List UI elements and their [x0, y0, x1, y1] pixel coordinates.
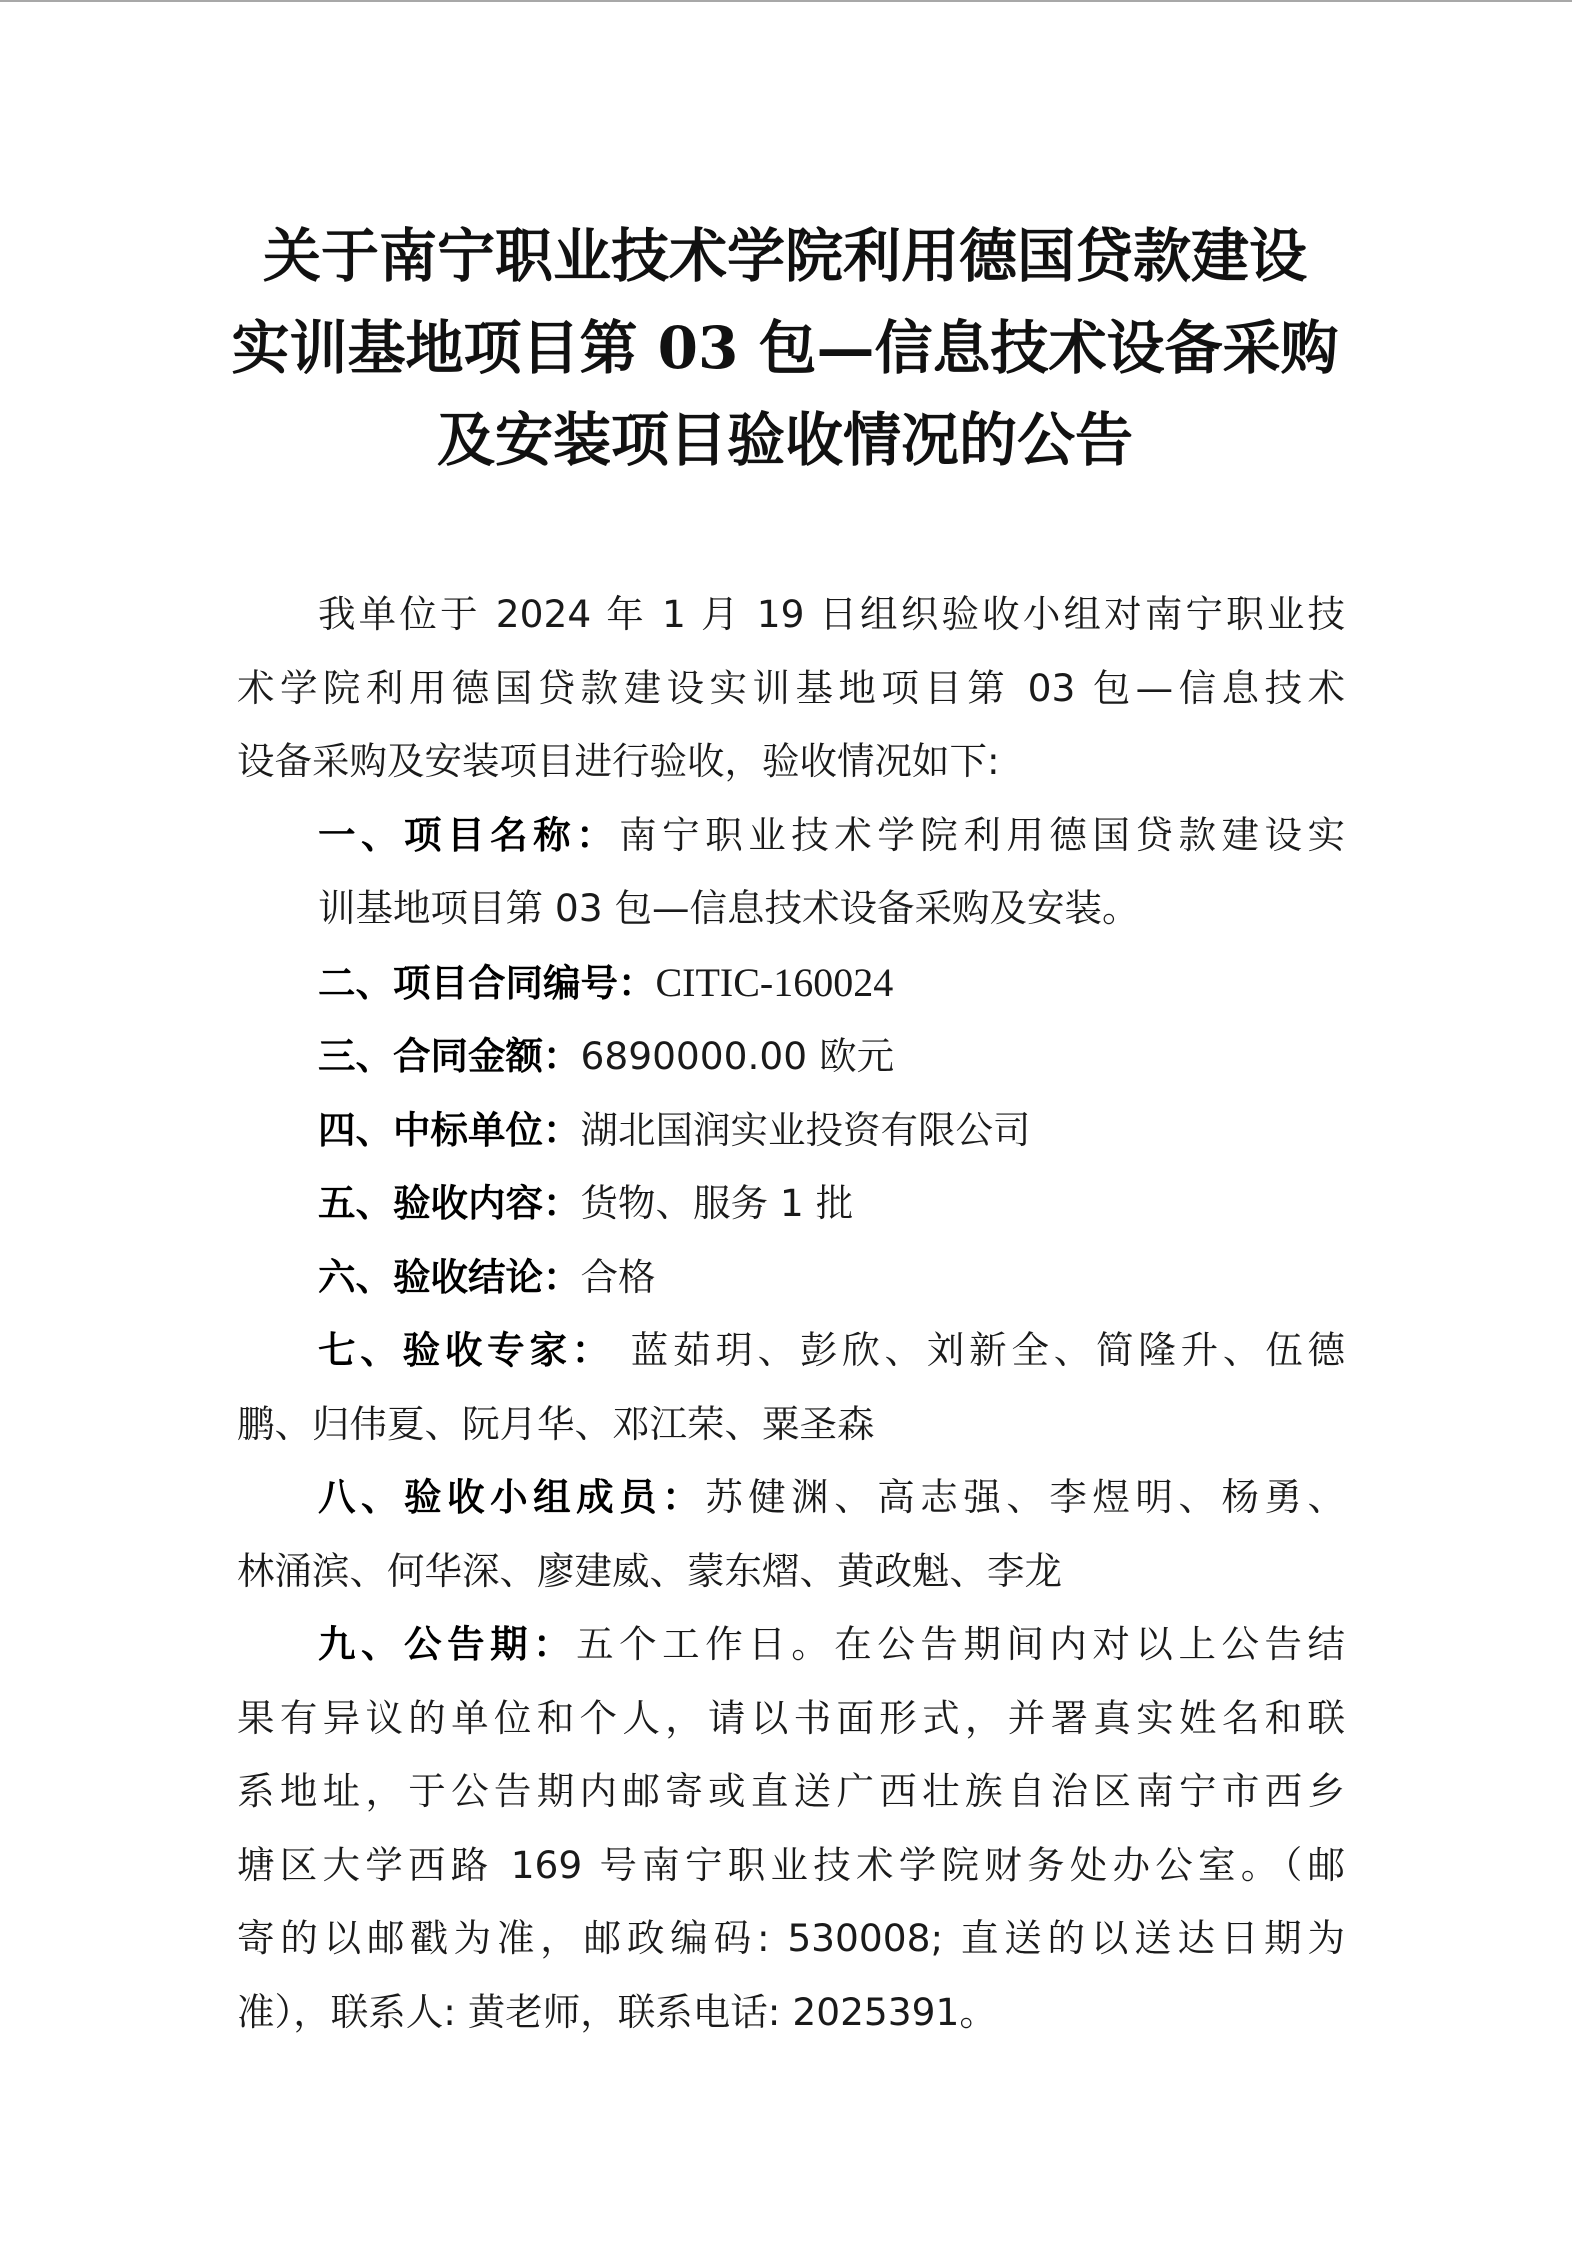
item-line: 七、验收专家： 蓝茹玥、彭欣、刘新全、简隆升、伍德 — [237, 1314, 1345, 1388]
item-label: 五、验收内容： — [318, 1181, 581, 1225]
item-project-name: 一、项目名称：南宁职业技术学院利用德国贷款建设实 训基地项目第 03 包—信息技… — [237, 799, 1345, 946]
item-line: 四、中标单位：湖北国润实业投资有限公司 — [237, 1094, 1345, 1168]
item-label: 七、验收专家： — [318, 1328, 614, 1372]
item-line: 五、验收内容：货物、服务 1 批 — [237, 1167, 1345, 1241]
item-value: 货物、服务 1 批 — [581, 1181, 854, 1225]
item-acceptance-group-members: 八、验收小组成员：苏健渊、高志强、李煜明、杨勇、 林涌滨、何华深、廖建威、蒙东熠… — [237, 1461, 1345, 1608]
item-acceptance-content: 五、验收内容：货物、服务 1 批 — [237, 1167, 1345, 1241]
item-announcement-period: 九、公告期：五个工作日。在公告期间内对以上公告结 果有异议的单位和个人，请以书面… — [237, 1608, 1345, 2049]
intro-line-1: 我单位于 2024 年 1 月 19 日组织验收小组对南宁职业技 — [237, 578, 1345, 652]
title-line-3: 及安装项目验收情况的公告 — [200, 394, 1370, 486]
document-page: 关于南宁职业技术学院利用德国贷款建设 实训基地项目第 03 包—信息技术设备采购… — [0, 2, 1572, 2242]
item-label: 八、验收小组成员： — [318, 1475, 705, 1519]
title-line-1: 关于南宁职业技术学院利用德国贷款建设 — [200, 210, 1370, 302]
item-label: 二、项目合同编号： — [318, 961, 656, 1005]
item-line: 九、公告期：五个工作日。在公告期间内对以上公告结 — [237, 1608, 1345, 1682]
item-label: 三、合同金额： — [318, 1034, 581, 1078]
item-value-continuation: 塘区大学西路 169 号南宁职业技术学院财务处办公室。（邮 — [237, 1829, 1345, 1903]
item-value: 南宁职业技术学院利用德国贷款建设实 — [619, 813, 1345, 857]
title-line-2: 实训基地项目第 03 包—信息技术设备采购 — [200, 302, 1370, 394]
item-winning-bidder: 四、中标单位：湖北国润实业投资有限公司 — [237, 1094, 1345, 1168]
intro-line-2: 术学院利用德国贷款建设实训基地项目第 03 包—信息技术 — [237, 652, 1345, 726]
item-value: 合格 — [581, 1255, 656, 1299]
item-value: 蓝茹玥、彭欣、刘新全、简隆升、伍德 — [614, 1328, 1345, 1372]
document-title: 关于南宁职业技术学院利用德国贷款建设 实训基地项目第 03 包—信息技术设备采购… — [200, 210, 1370, 486]
item-label: 九、公告期： — [318, 1622, 576, 1666]
item-label: 一、项目名称： — [318, 813, 619, 857]
item-value-continuation: 鹏、归伟夏、阮月华、邓江荣、粟圣森 — [237, 1388, 1345, 1462]
item-value-continuation: 林涌滨、何华深、廖建威、蒙东熠、黄政魁、李龙 — [237, 1535, 1345, 1609]
item-value-continuation: 训基地项目第 03 包—信息技术设备采购及安装。 — [237, 872, 1345, 946]
item-label: 四、中标单位： — [318, 1108, 581, 1152]
item-acceptance-conclusion: 六、验收结论：合格 — [237, 1241, 1345, 1315]
item-label: 六、验收结论： — [318, 1255, 581, 1299]
item-value-continuation: 准），联系人: 黄老师，联系电话: 2025391。 — [237, 1976, 1345, 2050]
item-line: 三、合同金额：6890000.00 欧元 — [237, 1020, 1345, 1094]
item-value-continuation: 寄的以邮戳为准，邮政编码: 530008; 直送的以送达日期为 — [237, 1902, 1345, 1976]
intro-line-3: 设备采购及安装项目进行验收，验收情况如下: — [237, 725, 1345, 799]
item-line: 一、项目名称：南宁职业技术学院利用德国贷款建设实 — [237, 799, 1345, 873]
item-line: 二、项目合同编号：CITIC-160024 — [237, 946, 1345, 1021]
item-value: CITIC-160024 — [656, 960, 894, 1005]
intro-paragraph: 我单位于 2024 年 1 月 19 日组织验收小组对南宁职业技 术学院利用德国… — [237, 578, 1345, 799]
document-body: 我单位于 2024 年 1 月 19 日组织验收小组对南宁职业技 术学院利用德国… — [237, 578, 1345, 2049]
item-contract-number: 二、项目合同编号：CITIC-160024 — [237, 946, 1345, 1021]
item-value-continuation: 系地址，于公告期内邮寄或直送广西壮族自治区南宁市西乡 — [237, 1755, 1345, 1829]
item-value: 五个工作日。在公告期间内对以上公告结 — [576, 1622, 1345, 1666]
item-acceptance-experts: 七、验收专家： 蓝茹玥、彭欣、刘新全、简隆升、伍德 鹏、归伟夏、阮月华、邓江荣、… — [237, 1314, 1345, 1461]
item-value: 湖北国润实业投资有限公司 — [581, 1108, 1031, 1152]
item-line: 六、验收结论：合格 — [237, 1241, 1345, 1315]
item-value-continuation: 果有异议的单位和个人，请以书面形式，并署真实姓名和联 — [237, 1682, 1345, 1756]
item-line: 八、验收小组成员：苏健渊、高志强、李煜明、杨勇、 — [237, 1461, 1345, 1535]
item-value: 6890000.00 欧元 — [581, 1034, 895, 1078]
item-value: 苏健渊、高志强、李煜明、杨勇、 — [705, 1475, 1345, 1519]
item-contract-amount: 三、合同金额：6890000.00 欧元 — [237, 1020, 1345, 1094]
